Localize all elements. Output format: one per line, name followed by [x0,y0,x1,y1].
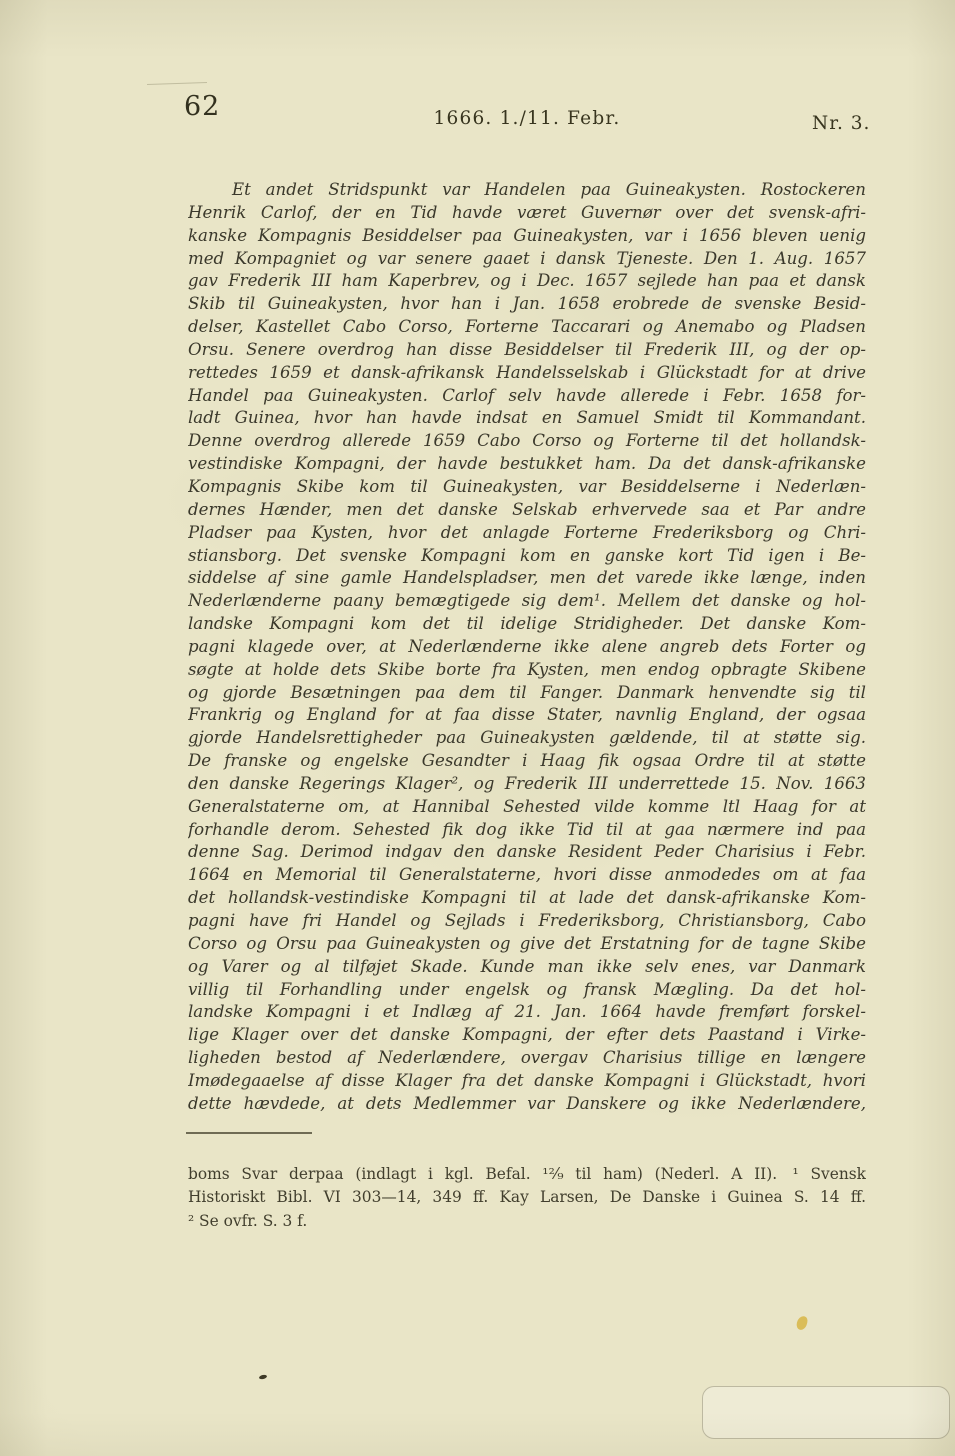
body-line: forhandle derom. Sehested fik dog ikke T… [188,819,866,842]
scan-artifact-yellow-mark [795,1315,808,1331]
footnote-separator-rule [186,1132,312,1134]
body-line: Handel paa Guineakysten. Carlof selv hav… [188,385,866,408]
header-issue-number: Nr. 3. [812,115,870,134]
body-line: 1664 en Memorial til Generalstaterne, hv… [188,864,866,887]
body-line: Nederlænderne paany bemægtigede sig dem¹… [188,590,866,613]
body-line: gjorde Handelsrettigheder paa Guineakyst… [188,727,866,750]
body-line: landske Kompagni i et Indlæg af 21. Jan.… [188,1001,866,1024]
body-line: det hollandsk-vestindiske Kompagni til a… [188,887,866,910]
header-date: 1666. 1./11. Febr. [188,110,866,129]
body-line: kanske Kompagnis Besiddelser paa Guineak… [188,225,866,248]
body-line: vestindiske Kompagni, der havde bestukke… [188,453,866,476]
body-line: Corso og Orsu paa Guineakysten og give d… [188,933,866,956]
scan-artifact-scratch [147,82,207,85]
body-line: stiansborg. Det svenske Kompagni kom en … [188,545,866,568]
body-line: Orsu. Senere overdrog han disse Besiddel… [188,339,866,362]
footnote-line: ² Se ovfr. S. 3 f. [188,1210,866,1233]
body-line: med Kompagniet og var senere gaaet i dan… [188,248,866,271]
body-line: ladt Guinea, hvor han havde indsat en Sa… [188,407,866,430]
body-line: lige Klager over det danske Kompagni, de… [188,1024,866,1047]
body-line: ligheden bestod af Nederlændere, overgav… [188,1047,866,1070]
body-line: landske Kompagni kom det til idelige Str… [188,613,866,636]
body-line: denne Sag. Derimod indgav den danske Res… [188,841,866,864]
body-line: Henrik Carlof, der en Tid havde været Gu… [188,202,866,225]
body-line: og gjorde Besætningen paa dem til Fanger… [188,682,866,705]
body-line: Pladser paa Kysten, hvor det anlagde For… [188,522,866,545]
body-line: søgte at holde dets Skibe borte fra Kyst… [188,659,866,682]
body-line: Et andet Stridspunkt var Handelen paa Gu… [188,179,866,202]
body-line: Imødegaaelse af disse Klager fra det dan… [188,1070,866,1093]
body-line: Frankrig og England for at faa disse Sta… [188,704,866,727]
body-line: Generalstaterne om, at Hannibal Sehested… [188,796,866,819]
body-line: den danske Regerings Klager², og Frederi… [188,773,866,796]
scanned-book-page: 62 1666. 1./11. Febr. Nr. 3. Et andet St… [0,0,955,1456]
body-line: pagni klagede over, at Nederlænderne ikk… [188,636,866,659]
body-text: Et andet Stridspunkt var Handelen paa Gu… [188,179,866,1116]
body-line: rettedes 1659 et dansk-afrikansk Handels… [188,362,866,385]
body-line: De franske og engelske Gesandter i Haag … [188,750,866,773]
body-line: Denne overdrog allerede 1659 Cabo Corso … [188,430,866,453]
scan-artifact-sticker-outline [702,1386,950,1439]
footnote-line: Historiskt Bibl. VI 303—14, 349 ff. Kay … [188,1186,866,1209]
body-line: Skib til Guineakysten, hvor han i Jan. 1… [188,293,866,316]
footnotes: boms Svar derpaa (indlagt i kgl. Befal. … [188,1163,866,1233]
body-line: villig til Forhandling under engelsk og … [188,979,866,1002]
body-line: Kompagnis Skibe kom til Guineakysten, va… [188,476,866,499]
body-line: pagni have fri Handel og Sejlads i Frede… [188,910,866,933]
body-line: gav Frederik III ham Kaperbrev, og i Dec… [188,270,866,293]
body-line: dette hævdede, at dets Medlemmer var Dan… [188,1093,866,1116]
body-line: delser, Kastellet Cabo Corso, Forterne T… [188,316,866,339]
body-line: og Varer og al tilføjet Skade. Kunde man… [188,956,866,979]
footnote-line: boms Svar derpaa (indlagt i kgl. Befal. … [188,1163,866,1186]
body-line: siddelse af sine gamle Handelspladser, m… [188,567,866,590]
body-line: dernes Hænder, men det danske Selskab er… [188,499,866,522]
scan-artifact-dark-speck [259,1374,268,1380]
